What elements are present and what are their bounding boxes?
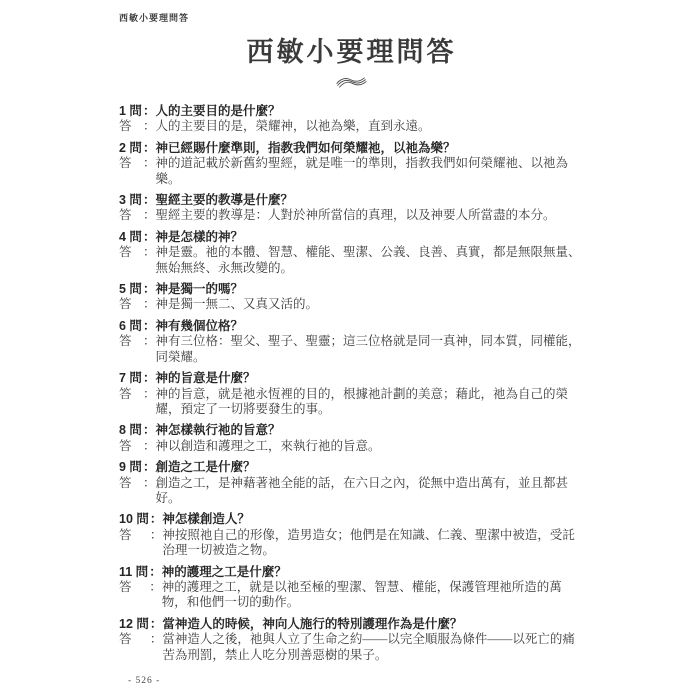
answer-label: 答	[119, 439, 143, 454]
question-number-label: 8 問	[119, 423, 143, 438]
answer-label: 答	[119, 297, 143, 312]
question-text: 當神造人的時候，神向人施行的特別護理作為是什麼？	[162, 617, 584, 632]
qa-item: 4 問 ： 神是怎樣的神？ 答 ： 神是靈。祂的本體、智慧、權能、聖潔、公義、良…	[119, 230, 584, 276]
answer-text: 當神造人之後，祂與人立了生命之約——以完全順服為條件——以死亡的痛苦為刑罰，禁止…	[162, 632, 584, 663]
answer-colon: ：	[143, 245, 156, 276]
book-page: 西敏小要理問答 西敏小要理問答 1 問 ： 人的主要目的是什麼？ 答 ： 人的主…	[0, 0, 700, 700]
qa-item: 1 問 ： 人的主要目的是什麼？ 答 ： 人的主要目的是，榮耀神，以祂為樂，直到…	[119, 104, 584, 135]
qa-item: 12 問 ： 當神造人的時候，神向人施行的特別護理作為是什麼？ 答 ： 當神造人…	[119, 617, 584, 663]
question-colon: ：	[143, 460, 156, 475]
question-colon: ：	[150, 617, 163, 632]
answer-text: 神有三位格：聖父、聖子、聖靈；這三位格就是同一真神，同本質，同權能，同榮耀。	[155, 334, 584, 365]
question-colon: ：	[143, 371, 156, 386]
answer-colon: ：	[150, 632, 163, 663]
answer-label: 答	[119, 476, 143, 507]
qa-item: 8 問 ： 神怎樣執行祂的旨意？ 答 ： 神以創造和護理之工，來執行祂的旨意。	[119, 423, 584, 454]
answer-colon: ：	[149, 580, 162, 611]
question-text: 神已經賜什麼準則，指教我們如何榮耀祂，以祂為樂？	[155, 141, 584, 156]
flourish-icon	[335, 73, 368, 90]
qa-item: 5 問 ： 神是獨一的嗎？ 答 ： 神是獨一無二、又真又活的。	[119, 282, 584, 313]
answer-text: 聖經主要的教導是：人對於神所當信的真理，以及神要人所當盡的本分。	[155, 208, 584, 223]
question-number-label: 1 問	[119, 104, 143, 119]
question-colon: ：	[143, 141, 156, 156]
answer-label: 答	[119, 387, 143, 418]
answer-text: 人的主要目的是，榮耀神，以祂為樂，直到永遠。	[155, 119, 584, 134]
qa-item: 3 問 ： 聖經主要的教導是什麼？ 答 ： 聖經主要的教導是：人對於神所當信的真…	[119, 193, 584, 224]
answer-colon: ：	[150, 528, 163, 559]
answer-label: 答	[119, 119, 143, 134]
question-number-label: 4 問	[119, 230, 143, 245]
question-colon: ：	[149, 565, 162, 580]
question-colon: ：	[143, 104, 156, 119]
question-number-label: 7 問	[119, 371, 143, 386]
answer-colon: ：	[143, 387, 156, 418]
qa-list: 1 問 ： 人的主要目的是什麼？ 答 ： 人的主要目的是，榮耀神，以祂為樂，直到…	[119, 104, 584, 663]
answer-colon: ：	[143, 119, 156, 134]
question-number-label: 10 問	[119, 512, 150, 527]
question-text: 創造之工是什麼？	[155, 460, 584, 475]
question-number-label: 2 問	[119, 141, 143, 156]
answer-colon: ：	[143, 439, 156, 454]
answer-text: 神以創造和護理之工，來執行祂的旨意。	[155, 439, 584, 454]
answer-text: 神按照祂自己的形像，造男造女；他們是在知識、仁義、聖潔中被造，受託治理一切被造之…	[162, 528, 584, 559]
question-number-label: 5 問	[119, 282, 143, 297]
answer-text: 神的旨意，就是祂永恆裡的目的，根據祂計劃的美意；藉此，祂為自己的榮耀，預定了一切…	[155, 387, 584, 418]
question-number-label: 9 問	[119, 460, 143, 475]
running-header: 西敏小要理問答	[119, 13, 584, 24]
question-text: 神有幾個位格？	[155, 319, 584, 334]
question-colon: ：	[143, 193, 156, 208]
answer-label: 答	[119, 580, 149, 611]
question-colon: ：	[143, 319, 156, 334]
question-number-label: 3 問	[119, 193, 143, 208]
answer-label: 答	[119, 156, 143, 187]
answer-label: 答	[119, 528, 150, 559]
qa-item: 7 問 ： 神的旨意是什麼？ 答 ： 神的旨意，就是祂永恆裡的目的，根據祂計劃的…	[119, 371, 584, 417]
qa-item: 2 問 ： 神已經賜什麼準則，指教我們如何榮耀祂，以祂為樂？ 答 ： 神的道記載…	[119, 141, 584, 187]
question-colon: ：	[143, 282, 156, 297]
answer-colon: ：	[143, 476, 156, 507]
qa-item: 10 問 ： 神怎樣創造人？ 答 ： 神按照祂自己的形像，造男造女；他們是在知識…	[119, 512, 584, 558]
answer-text: 神的道記載於新舊約聖經，就是唯一的準則，指教我們如何榮耀祂、以祂為樂。	[155, 156, 584, 187]
question-text: 聖經主要的教導是什麼？	[155, 193, 584, 208]
answer-text: 創造之工，是神藉著祂全能的話，在六日之內，從無中造出萬有，並且都甚好。	[155, 476, 584, 507]
question-text: 人的主要目的是什麼？	[155, 104, 584, 119]
answer-text: 神是獨一無二、又真又活的。	[155, 297, 584, 312]
question-number-label: 12 問	[119, 617, 150, 632]
answer-label: 答	[119, 208, 143, 223]
question-text: 神是怎樣的神？	[155, 230, 584, 245]
page-number: - 526 -	[128, 676, 160, 686]
answer-label: 答	[119, 632, 150, 663]
ornament-container	[119, 74, 584, 90]
answer-colon: ：	[143, 156, 156, 187]
question-colon: ：	[143, 423, 156, 438]
answer-colon: ：	[143, 208, 156, 223]
question-number-label: 6 問	[119, 319, 143, 334]
page-title: 西敏小要理問答	[119, 36, 584, 68]
question-text: 神的旨意是什麼？	[155, 371, 584, 386]
qa-item: 11 問 ： 神的護理之工是什麼？ 答 ： 神的護理之工，就是以祂至極的聖潔、智…	[119, 565, 584, 611]
question-number-label: 11 問	[119, 565, 149, 580]
qa-item: 9 問 ： 創造之工是什麼？ 答 ： 創造之工，是神藉著祂全能的話，在六日之內，…	[119, 460, 584, 506]
answer-label: 答	[119, 245, 143, 276]
answer-colon: ：	[143, 297, 156, 312]
answer-text: 神是靈。祂的本體、智慧、權能、聖潔、公義、良善、真實，都是無限無量、無始無終、永…	[155, 245, 584, 276]
question-text: 神是獨一的嗎？	[155, 282, 584, 297]
question-colon: ：	[150, 512, 163, 527]
question-colon: ：	[143, 230, 156, 245]
qa-item: 6 問 ： 神有幾個位格？ 答 ： 神有三位格：聖父、聖子、聖靈；這三位格就是同…	[119, 319, 584, 365]
answer-text: 神的護理之工，就是以祂至極的聖潔、智慧、權能，保護管理祂所造的萬物，和他們一切的…	[162, 580, 584, 611]
question-text: 神的護理之工是什麼？	[162, 565, 584, 580]
question-text: 神怎樣創造人？	[162, 512, 584, 527]
answer-colon: ：	[143, 334, 156, 365]
answer-label: 答	[119, 334, 143, 365]
question-text: 神怎樣執行祂的旨意？	[155, 423, 584, 438]
